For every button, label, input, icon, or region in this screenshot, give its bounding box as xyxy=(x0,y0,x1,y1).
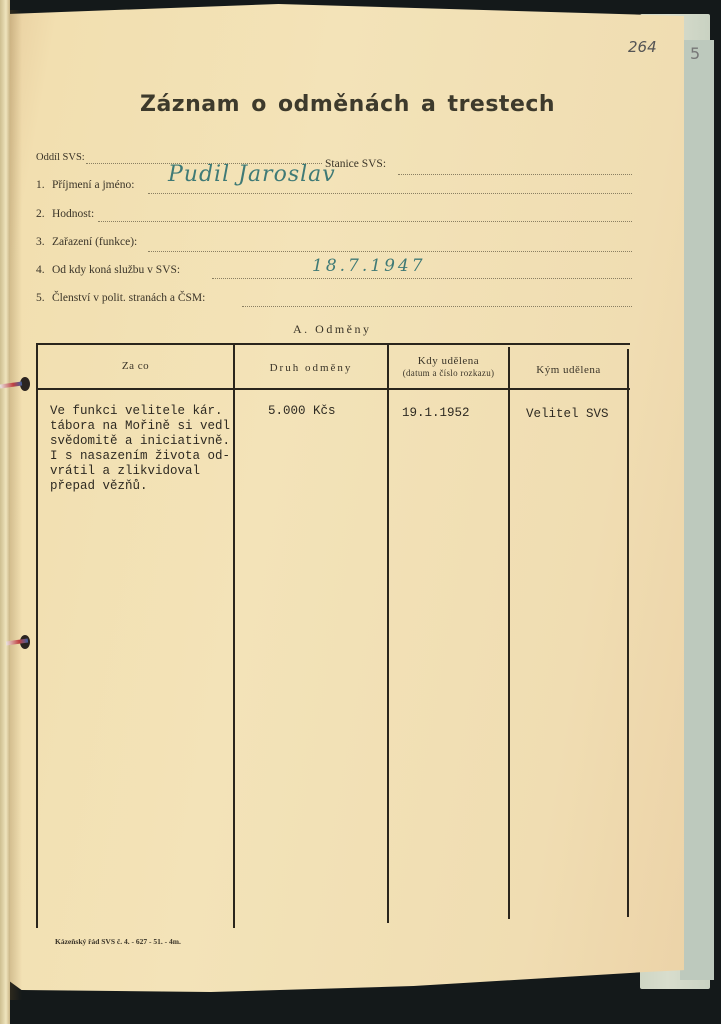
field-4-value: 18.7.1947 xyxy=(312,256,426,276)
field-5-text: Členství v polit. stranách a ČSM: xyxy=(52,292,205,304)
field-2-label: 2.Hodnost: xyxy=(36,208,94,220)
cell-za-co: Ve funkci velitele kár. tábora na Mořině… xyxy=(50,404,230,494)
back-sheet-edge xyxy=(680,40,714,980)
field-5-label: 5.Členství v polit. stranách a ČSM: xyxy=(36,292,205,304)
field-5-number: 5. xyxy=(36,292,52,304)
cell-kym-udelena: Velitel SVS xyxy=(526,407,609,422)
oddil-label: Oddíl SVS: xyxy=(36,152,85,163)
field-2-text: Hodnost: xyxy=(52,208,94,220)
field-2-number: 2. xyxy=(36,208,52,220)
field-3-line xyxy=(148,251,632,252)
section-title: A. Odměny xyxy=(293,322,372,337)
field-4-text: Od kdy koná službu v SVS: xyxy=(52,264,180,276)
cell-kdy-udelena: 19.1.1952 xyxy=(402,406,470,421)
stanice-line xyxy=(398,174,632,175)
field-4-number: 4. xyxy=(36,264,52,276)
field-4-line xyxy=(212,278,632,279)
field-1-number: 1. xyxy=(36,179,52,191)
table-col-border-2 xyxy=(387,345,389,923)
table-col-border-0 xyxy=(36,343,38,928)
field-1-text: Příjmení a jméno: xyxy=(52,179,134,191)
binding-spine xyxy=(0,0,10,1024)
form-footer: Kázeňský řád SVS č. 4. - 627 - 51. - 4m. xyxy=(55,937,181,946)
column-header-kym-udelena: Kým udělena xyxy=(510,364,627,376)
field-5-line xyxy=(242,306,632,307)
field-3-text: Zařazení (funkce): xyxy=(52,236,137,248)
column-header-kdy-udelena: Kdy udělena (datum a číslo rozkazu) xyxy=(389,355,508,378)
column-header-kdy-udelena-label: Kdy udělena xyxy=(418,355,479,367)
field-1-label: 1.Příjmení a jméno: xyxy=(36,179,134,191)
table-top-border xyxy=(36,343,630,345)
binding-shadow xyxy=(10,10,22,1000)
field-3-label: 3.Zařazení (funkce): xyxy=(36,236,137,248)
field-2-line xyxy=(98,221,632,222)
table-col-border-4 xyxy=(627,349,629,917)
field-1-value: Pudil Jaroslav xyxy=(168,162,336,187)
cell-druh-odmeny: 5.000 Kčs xyxy=(268,404,336,419)
field-4-label: 4.Od kdy koná službu v SVS: xyxy=(36,264,180,276)
back-page-number: 5 xyxy=(690,44,700,63)
document-title: Záznam o odměnách a trestech xyxy=(140,92,555,117)
page-number-stamp: 264 xyxy=(628,38,657,56)
table-col-border-3 xyxy=(508,347,510,919)
table-header-border xyxy=(36,388,630,390)
column-header-druh-odmeny: Druh odměny xyxy=(235,362,387,374)
rewards-table: Za co Druh odměny Kdy udělena (datum a č… xyxy=(36,343,630,928)
column-header-kdy-udelena-sublabel: (datum a číslo rozkazu) xyxy=(389,368,508,378)
column-header-za-co: Za co xyxy=(38,360,233,372)
field-1-line xyxy=(148,193,632,194)
table-col-border-1 xyxy=(233,343,235,928)
field-3-number: 3. xyxy=(36,236,52,248)
